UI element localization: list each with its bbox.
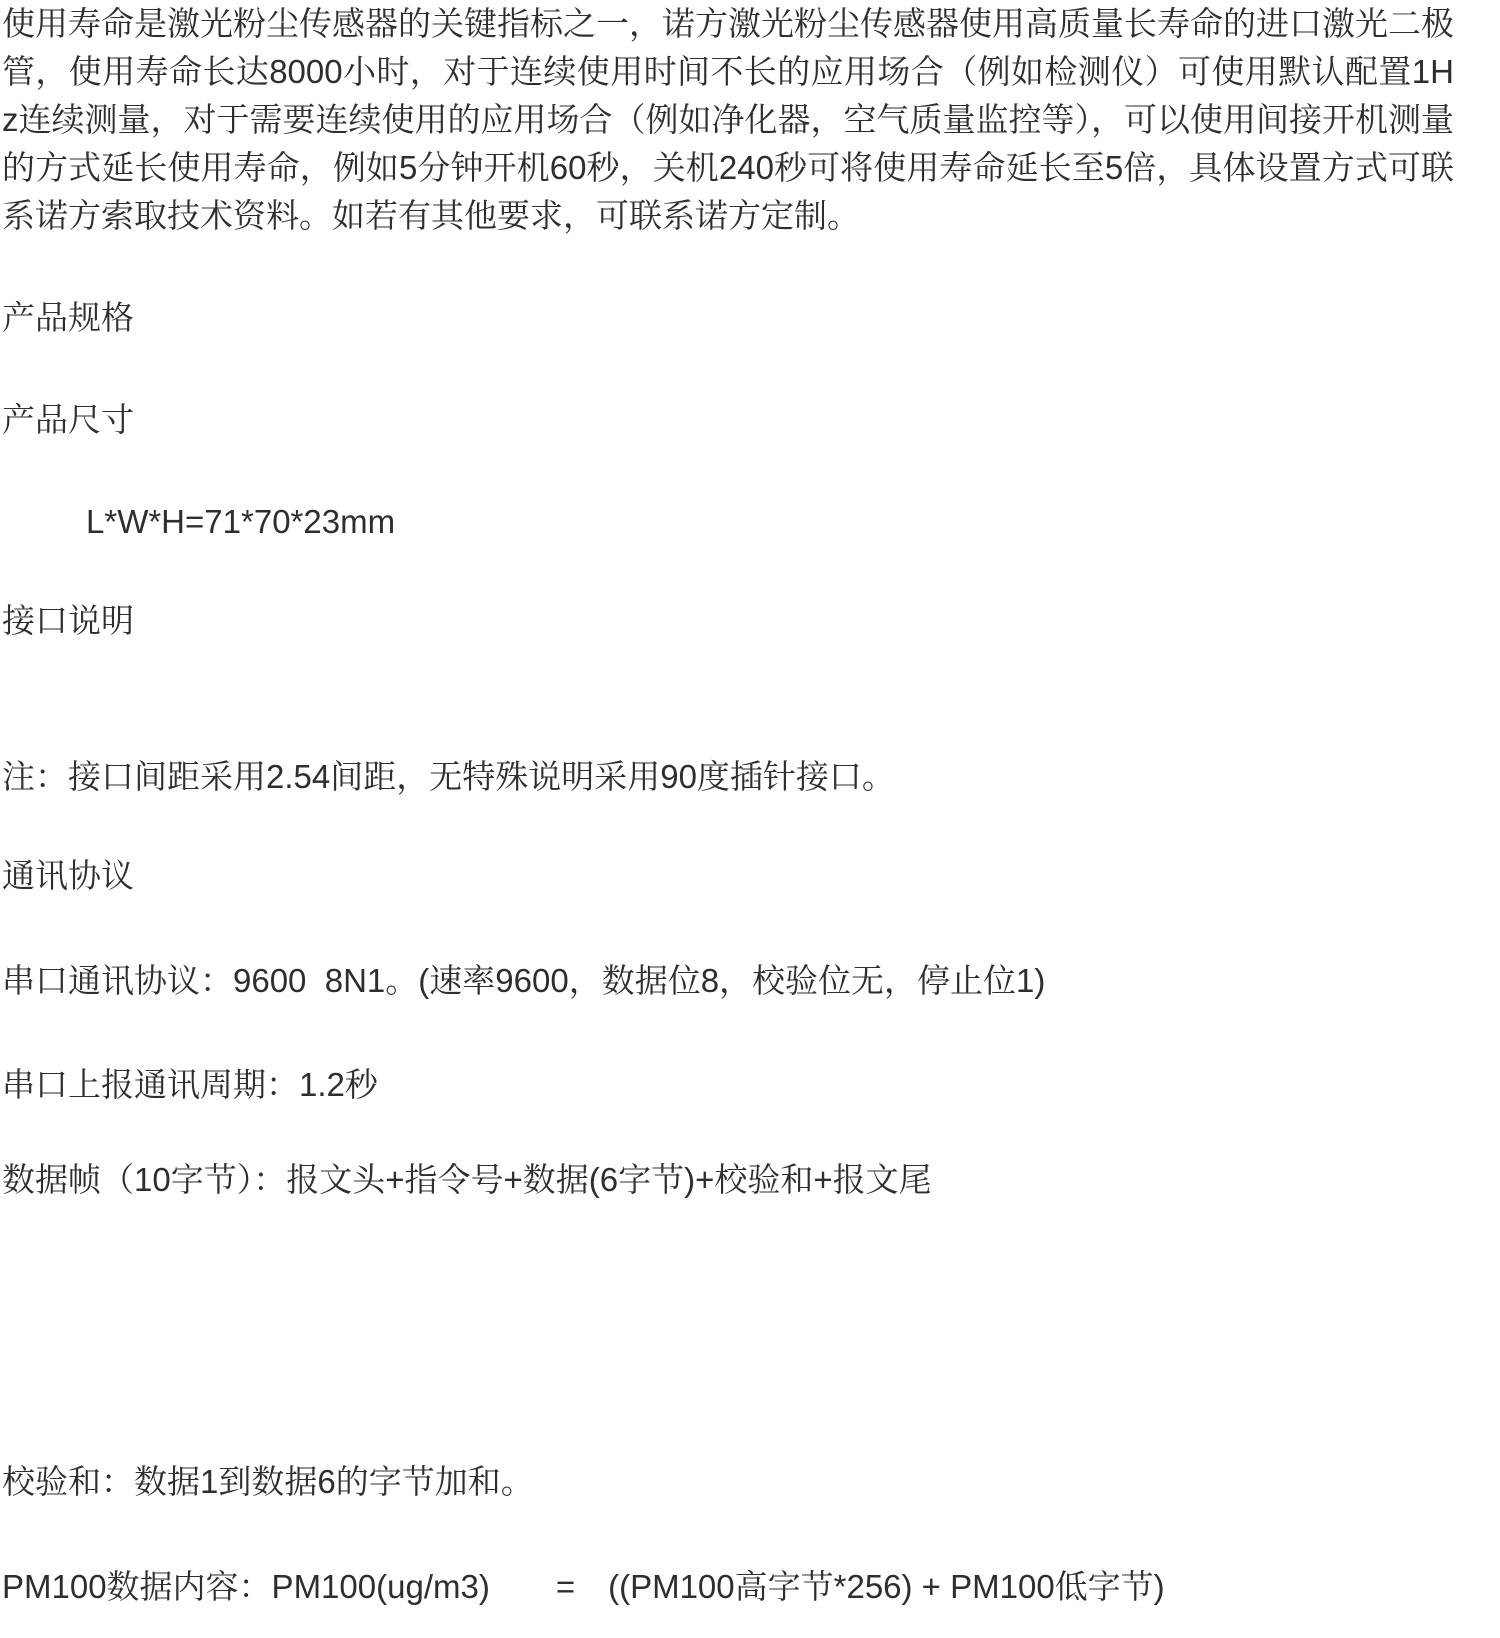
serial-protocol-text: 串口通讯协议：9600 8N1。(速率9600，数据位8，校验位无，停止位1): [2, 957, 1454, 1005]
section-heading-product-spec: 产品规格: [2, 294, 1454, 342]
pm100-data-text: PM100数据内容：PM100(ug/m3) = ((PM100高字节*256)…: [2, 1563, 1454, 1611]
product-description-document: 使用寿命是激光粉尘传感器的关键指标之一，诺方激光粉尘传感器使用高质量长寿命的进口…: [0, 0, 1500, 1638]
section-heading-interface: 接口说明: [2, 597, 1454, 645]
section-heading-product-size: 产品尺寸: [2, 396, 1454, 444]
checksum-text: 校验和：数据1到数据6的字节加和。: [2, 1458, 1454, 1506]
intro-paragraph: 使用寿命是激光粉尘传感器的关键指标之一，诺方激光粉尘传感器使用高质量长寿命的进口…: [2, 0, 1454, 240]
interface-note-text: 注：接口间距采用2.54间距，无特殊说明采用90度插针接口。: [2, 753, 1454, 801]
document-page: { "colors": { "background": "#ffffff", "…: [0, 0, 1500, 1638]
data-frame-text: 数据帧（10字节）：报文头+指令号+数据(6字节)+校验和+报文尾: [2, 1156, 1454, 1204]
report-cycle-text: 串口上报通讯周期：1.2秒: [2, 1061, 1454, 1109]
section-heading-protocol: 通讯协议: [2, 852, 1454, 900]
product-dimensions-text: L*W*H=71*70*23mm: [2, 498, 1454, 546]
